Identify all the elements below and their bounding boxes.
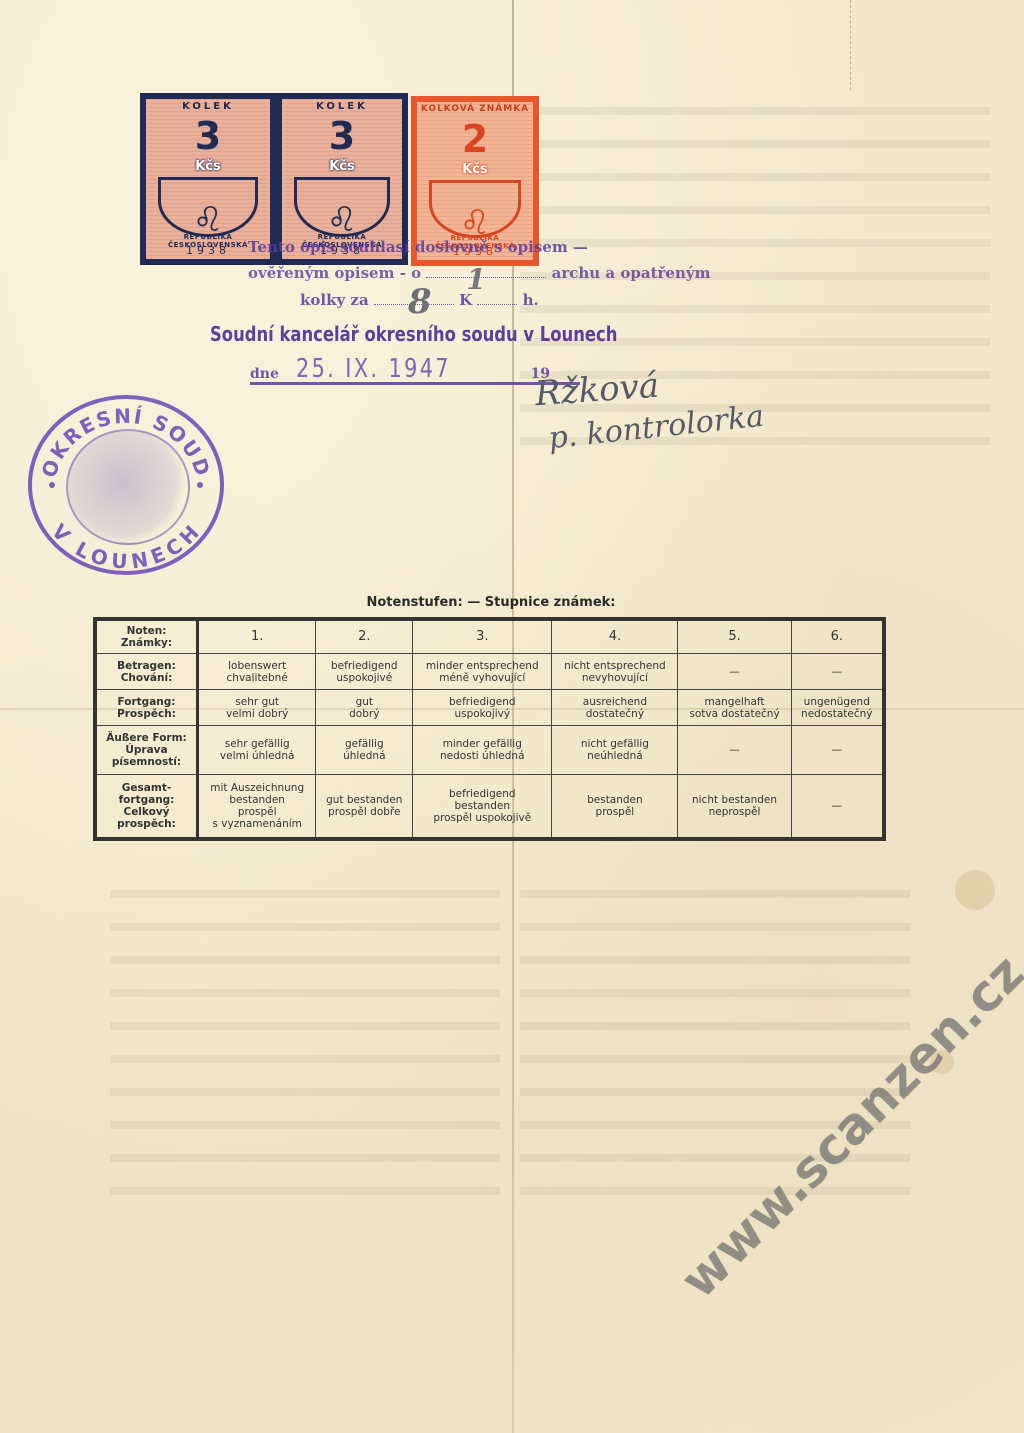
grade-description: mit Auszeichnungbestandenprospěls vyznam… xyxy=(198,775,316,840)
table-row: Gesamt-fortgang:Celkovýprospěch:mit Ausz… xyxy=(95,775,884,840)
stamp-header: KOLEK xyxy=(282,101,402,112)
grade-number: 2. xyxy=(316,619,413,654)
stamp-header: KOLKOVÁ ZNÁMKA xyxy=(417,104,533,114)
grade-description: minder gefällignedosti úhledná xyxy=(413,726,552,775)
grade-description: befriedigenduspokojivé xyxy=(316,654,413,690)
grade-description: nicht bestandenneprospěl xyxy=(678,775,791,840)
coat-of-arms-icon xyxy=(66,429,190,545)
certification-line-3-prefix: kolky za xyxy=(300,291,369,309)
heller-field xyxy=(477,304,517,305)
stamp-header: KOLEK xyxy=(146,101,270,112)
grade-description: nicht entsprechendnevyhovující xyxy=(552,654,678,690)
row-label: Äußere Form:Úpravapísemností: xyxy=(95,726,198,775)
coat-of-arms-shield-icon: ♌ xyxy=(158,177,258,237)
grade-description: — xyxy=(791,654,884,690)
grade-description: ungenügendnedostatečný xyxy=(791,690,884,726)
stamp-value: 3 xyxy=(168,113,248,159)
row-label: Fortgang:Prospěch: xyxy=(95,690,198,726)
row-label: Noten:Známky: xyxy=(95,619,198,654)
stamp-currency: Kčs xyxy=(282,159,402,174)
grade-description: — xyxy=(678,726,791,775)
grade-description: gefälligúhledná xyxy=(316,726,413,775)
grade-number: 5. xyxy=(678,619,791,654)
currency-h: h. xyxy=(523,291,539,309)
grade-description: sehr gefälligvelmi úhledná xyxy=(198,726,316,775)
grade-number: 4. xyxy=(552,619,678,654)
grade-scale-title: Notenstufen: — Stupnice známek: xyxy=(96,595,886,610)
amount-handwritten: 8 xyxy=(408,282,432,322)
grade-description: ausreichenddostatečný xyxy=(552,690,678,726)
certification-line-3: kolky za 8 K h. xyxy=(300,291,539,309)
court-office-name: Soudní kancelář okresního soudu v Lounec… xyxy=(210,322,617,346)
currency-k: K xyxy=(459,291,472,309)
certification-line-2-suffix: archu a opatřeným xyxy=(552,264,711,282)
grade-description: — xyxy=(791,775,884,840)
grade-number: 6. xyxy=(791,619,884,654)
certification-line-2-prefix: ověřeným opisem - o xyxy=(248,264,421,282)
grade-description: sehr gutvelmi dobrý xyxy=(198,690,316,726)
grade-description: bestandenprospěl xyxy=(552,775,678,840)
certification-line-1: Tento opis souhlasí doslovně s opisem — xyxy=(248,238,588,256)
coat-of-arms-shield-icon: ♌ xyxy=(294,177,390,237)
table-row: Betragen:Chování:lobenswertchvalitebnébe… xyxy=(95,654,884,690)
grade-scale-table: Noten:Známky:1.2.3.4.5.6.Betragen:Chován… xyxy=(93,617,886,841)
grade-description: gutdobrý xyxy=(316,690,413,726)
bleed-through-text xyxy=(520,880,910,1220)
grade-number: 3. xyxy=(413,619,552,654)
grade-description: befriedigendbestandenprospěl uspokojivě xyxy=(413,775,552,840)
table-header-row: Noten:Známky:1.2.3.4.5.6. xyxy=(95,619,884,654)
grade-description: mangelhaftsotva dostatečný xyxy=(678,690,791,726)
coat-of-arms-shield-icon: ♌ xyxy=(429,180,521,238)
grade-number: 1. xyxy=(198,619,316,654)
stamp-currency: Kčs xyxy=(146,159,270,174)
sheets-field: 1 xyxy=(426,277,546,278)
grade-description: — xyxy=(791,726,884,775)
grade-description: gut bestandenprospěl dobře xyxy=(316,775,413,840)
paper-crease xyxy=(850,0,852,90)
grade-description: befriedigenduspokojivý xyxy=(413,690,552,726)
date-value: 25. IX. 1947 xyxy=(296,354,451,384)
date-label: dne xyxy=(250,366,279,382)
grade-description: minder entsprechendméně vyhovující xyxy=(413,654,552,690)
grade-description: — xyxy=(678,654,791,690)
bleed-through-text xyxy=(110,880,500,1220)
court-seal: OKRESNÍ SOUD V LOUNECH xyxy=(28,395,224,575)
date-row: dne 25. IX. 1947 19 xyxy=(250,358,580,385)
stain xyxy=(955,870,995,910)
row-label: Gesamt-fortgang:Celkovýprospěch: xyxy=(95,775,198,840)
row-label: Betragen:Chování: xyxy=(95,654,198,690)
grade-description: nicht gefälligneúhledná xyxy=(552,726,678,775)
grade-description: lobenswertchvalitebné xyxy=(198,654,316,690)
stamp-value: 2 xyxy=(439,116,511,162)
table-row: Äußere Form:Úpravapísemností:sehr gefäll… xyxy=(95,726,884,775)
amount-field: 8 xyxy=(374,304,454,305)
certification-line-2: ověřeným opisem - o 1 archu a opatřeným xyxy=(248,264,710,282)
table-row: Fortgang:Prospěch:sehr gutvelmi dobrýgut… xyxy=(95,690,884,726)
stamp-currency: Kčs xyxy=(417,162,533,177)
stamp-value: 3 xyxy=(304,113,380,159)
